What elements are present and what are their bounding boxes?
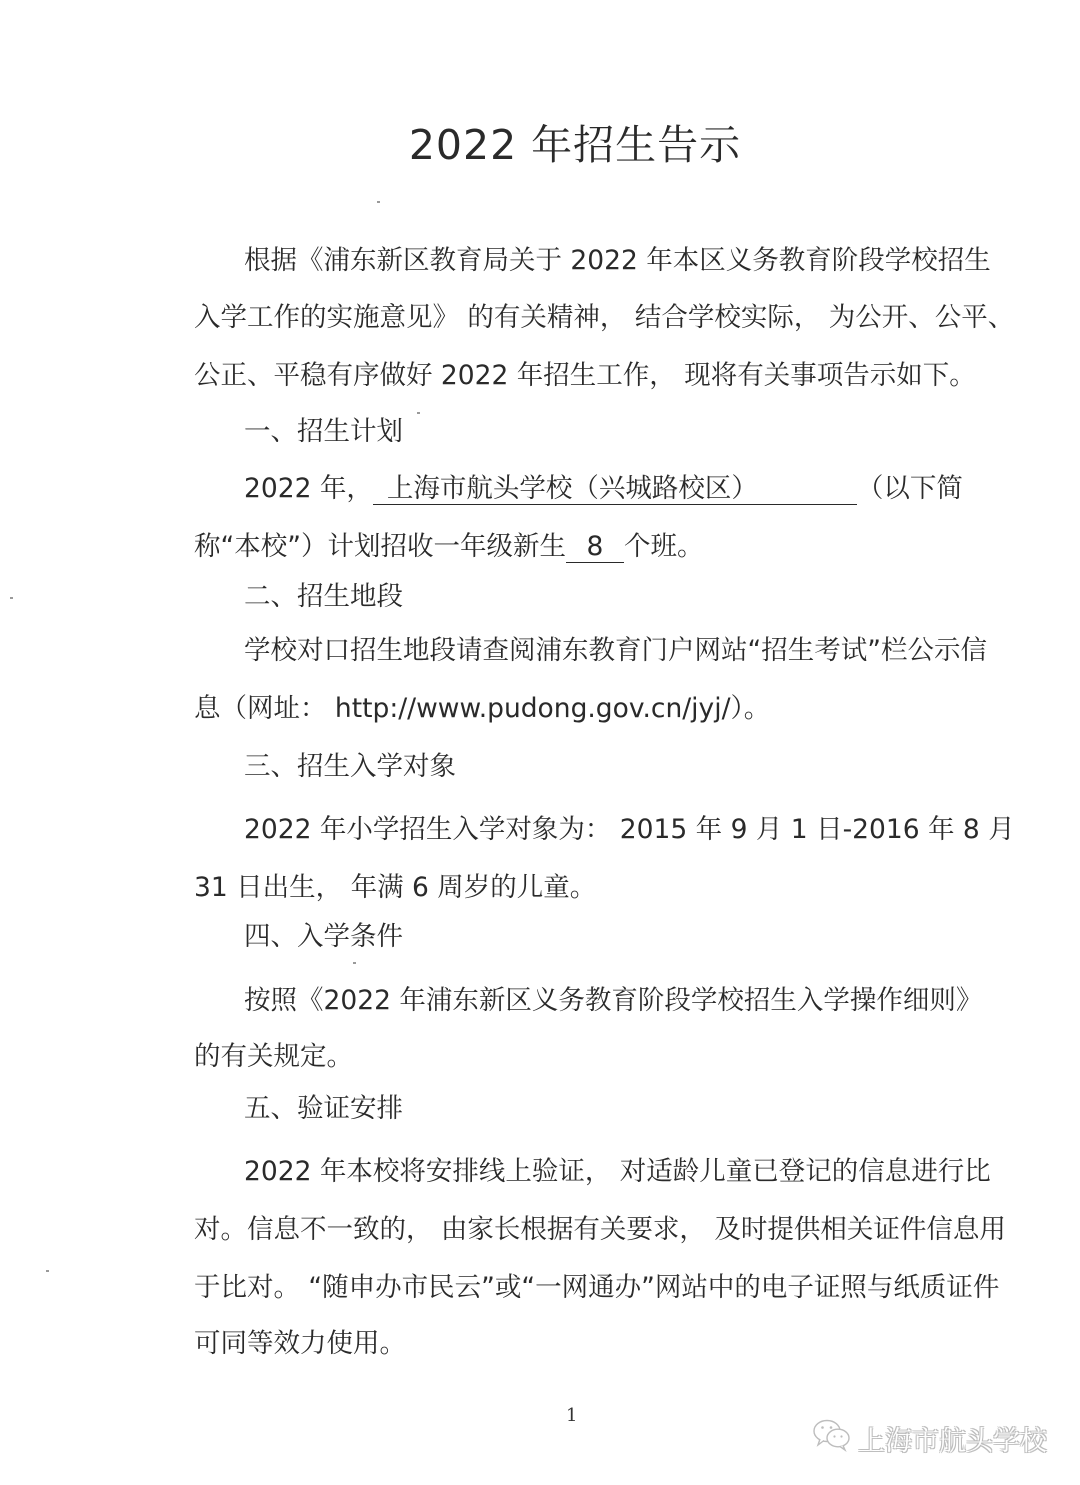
page-number: 1 — [566, 1405, 577, 1426]
school-name-field: 上海市航头学校（兴城路校区） — [373, 474, 857, 505]
conditions-line-2: 的有关规定。 — [194, 1040, 353, 1074]
plan-suffix: （以下简 — [857, 473, 963, 504]
plan-line-2: 称“本校”）计划招收一年级新生8个班。 — [194, 530, 703, 564]
eligibility-line-1: 2022 年小学招生入学对象为： 2015 年 9 月 1 日-2016 年 8… — [244, 813, 1015, 847]
plan-prefix: 2022 年， — [244, 473, 373, 504]
verification-line-2: 对。信息不一致的， 由家长根据有关要求， 及时提供相关证件信息用 — [194, 1213, 1006, 1247]
plan-line-1: 2022 年，上海市航头学校（兴城路校区）（以下简 — [244, 472, 963, 506]
section-heading-plan: 一、招生计划 — [244, 415, 403, 449]
intro-line-2: 入学工作的实施意见》 的有关精神， 结合学校实际， 为公开、公平、 — [194, 301, 1014, 335]
section-heading-conditions: 四、入学条件 — [244, 920, 403, 954]
scan-speck — [417, 412, 420, 414]
section-heading-eligibility: 三、招生入学对象 — [244, 750, 456, 784]
document-title: 2022 年招生告示 — [0, 112, 1080, 171]
section-heading-district: 二、招生地段 — [244, 580, 403, 614]
scan-speck — [353, 962, 356, 964]
scan-speck — [46, 1270, 49, 1272]
watermark-text: 上海市航头学校 — [858, 1419, 1047, 1458]
verification-line-4: 可同等效力使用。 — [194, 1327, 406, 1361]
plan-line2-suffix: 个班。 — [624, 531, 704, 562]
section-heading-verification: 五、验证安排 — [244, 1092, 403, 1126]
plan-line2-prefix: 称“本校”）计划招收一年级新生 — [194, 531, 566, 562]
verification-line-1: 2022 年本校将安排线上验证， 对适龄儿童已登记的信息进行比 — [244, 1155, 991, 1189]
intro-line-1: 根据《浦东新区教育局关于 2022 年本区义务教育阶段学校招生 — [244, 244, 991, 278]
scan-speck — [10, 597, 13, 599]
scan-speck — [377, 201, 380, 203]
watermark: 上海市航头学校 — [812, 1418, 1047, 1459]
conditions-line-1: 按照《2022 年浦东新区义务教育阶段学校招生入学操作细则》 — [244, 984, 982, 1018]
class-count-field: 8 — [566, 532, 624, 563]
verification-line-3: 于比对。 “随申办市民云”或“一网通办”网站中的电子证照与纸质证件 — [194, 1271, 999, 1305]
eligibility-line-2: 31 日出生， 年满 6 周岁的儿童。 — [194, 871, 596, 905]
district-line-1: 学校对口招生地段请查阅浦东教育门户网站“招生考试”栏公示信 — [244, 634, 987, 668]
wechat-icon — [812, 1418, 852, 1459]
intro-line-3: 公正、平稳有序做好 2022 年招生工作， 现将有关事项告示如下。 — [194, 359, 976, 393]
district-line-2: 息（网址： http://www.pudong.gov.cn/jyj/）。 — [194, 692, 770, 726]
